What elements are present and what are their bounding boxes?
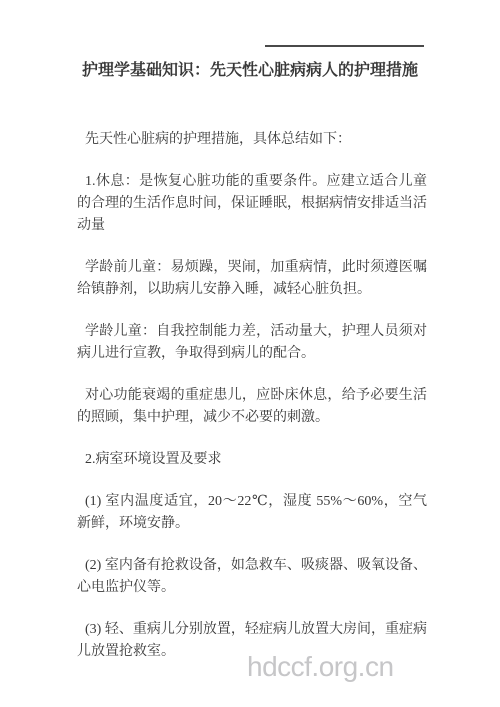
paragraph-rest: 1.休息：是恢复心脏功能的重要条件。应建立适合儿童的合理的生活作息时间，保证睡眠…	[77, 171, 427, 237]
paragraph-ward-environment-heading: 2.病室环境设置及要求	[77, 449, 427, 471]
paragraph-heart-failure: 对心功能衰竭的重症患儿，应卧床休息，给予必要生活的照顾，集中护理，减少不必要的刺…	[77, 385, 427, 429]
document-body: 先天性心脏病的护理措施，具体总结如下： 1.休息：是恢复心脏功能的重要条件。应建…	[77, 129, 427, 683]
paragraph-preschool-children: 学龄前儿童：易烦躁，哭闹，加重病情，此时须遵医嘱给镇静剂，以助病儿安静入睡，减轻…	[77, 257, 427, 301]
paragraph-ward-item-1: (1) 室内温度适宜，20～22℃，湿度 55%～60%，空气新鲜，环境安静。	[77, 491, 427, 535]
paragraph-school-age-children: 学龄儿童：自我控制能力差，活动量大，护理人员须对病儿进行宣教，争取得到病儿的配合…	[77, 321, 427, 365]
intro-paragraph: 先天性心脏病的护理措施，具体总结如下：	[77, 129, 427, 151]
document-page: 护理学基础知识：先天性心脏病病人的护理措施 先天性心脏病的护理措施，具体总结如下…	[0, 0, 500, 707]
title-divider-line	[265, 45, 424, 47]
watermark: hdccf.org.cn	[247, 651, 394, 683]
page-title: 护理学基础知识：先天性心脏病病人的护理措施	[0, 59, 500, 83]
paragraph-ward-item-2: (2) 室内备有抢救设备，如急救车、吸痰器、吸氧设备、心电监护仪等。	[77, 555, 427, 599]
